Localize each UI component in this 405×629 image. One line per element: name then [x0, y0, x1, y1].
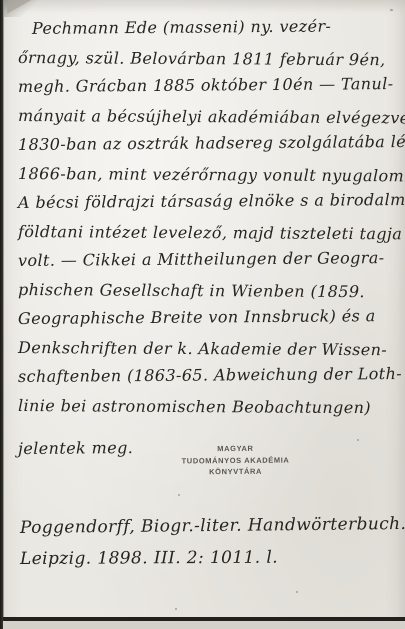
paper-speck — [175, 608, 177, 610]
stamp-line: MAGYAR — [178, 442, 293, 455]
stamp-line: TUDOMÁNYOS AKADÉMIA — [178, 454, 293, 467]
scanned-card: Pechmann Ede (masseni) ny. vezér- őrnagy… — [0, 0, 405, 629]
handwritten-body: Pechmann Ede (masseni) ny. vezér- őrnagy… — [18, 14, 398, 463]
handwritten-line: linie bei astronomischen Beobachtungen) — [18, 391, 398, 422]
paper-speck — [390, 9, 393, 11]
handwritten-line: volt. — Cikkei a Mittheilungen der Geogr… — [18, 243, 398, 275]
handwritten-line: megh. Grácban 1885 október 10én — Tanul- — [18, 69, 398, 101]
stamp-line: KÖNYVTÁRA — [178, 465, 293, 478]
scan-edge-left — [0, 0, 4, 629]
paper-speck — [296, 591, 298, 593]
paper-speck — [357, 439, 359, 441]
citation-line: Poggendorff, Biogr.-liter. Handwörterbuc… — [20, 509, 400, 544]
citation-block: Poggendorff, Biogr.-liter. Handwörterbuc… — [20, 513, 400, 575]
handwritten-line: schaftenben (1863-65. Abweichung der Lot… — [18, 359, 398, 391]
scan-edge-below — [3, 621, 405, 629]
citation-line: Leipzig. 1898. III. 2: 1011. l. — [20, 542, 400, 575]
handwritten-line: 1830-ban az osztrák hadsereg szolgálatáb… — [18, 127, 398, 159]
library-stamp: MAGYAR TUDOMÁNYOS AKADÉMIA KÖNYVTÁRA — [178, 442, 293, 478]
corner-fold — [7, 0, 34, 14]
handwritten-line: A bécsi földrajzi társaság elnöke s a bi… — [18, 185, 398, 217]
handwritten-line: Geographische Breite von Innsbruck) és a — [18, 301, 398, 333]
handwritten-line: Pechmann Ede (masseni) ny. vezér- — [18, 11, 398, 43]
paper-speck — [178, 494, 180, 496]
